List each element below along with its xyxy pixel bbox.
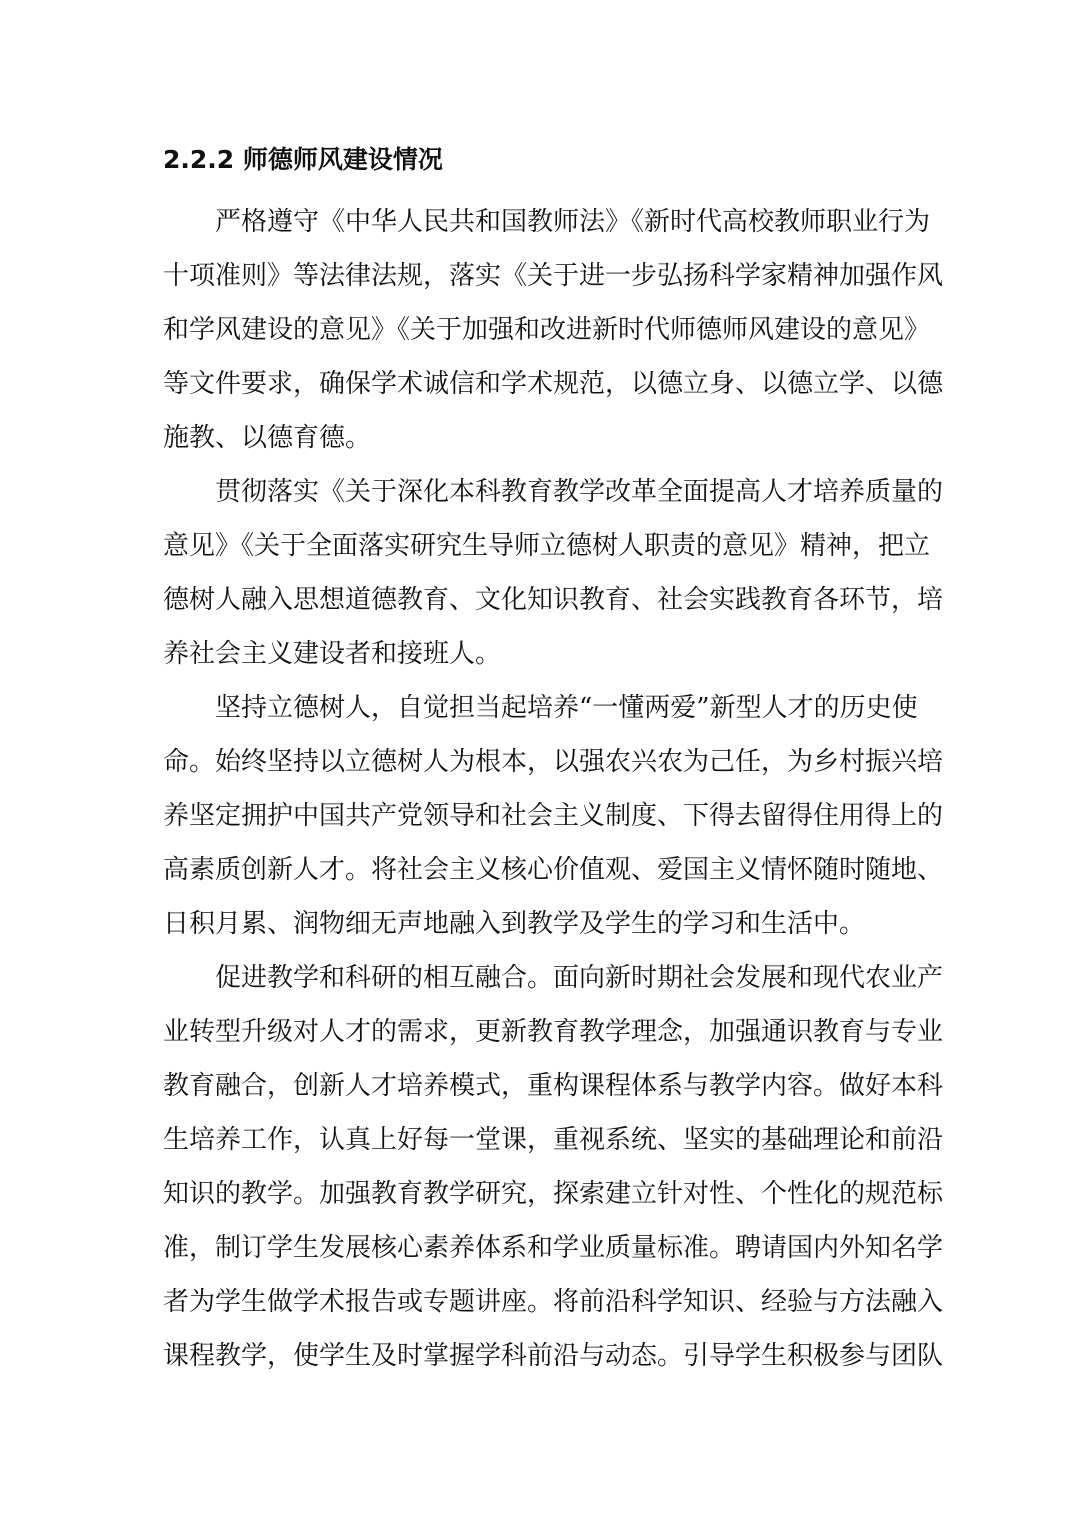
paragraph-2-line-2: 意见》《关于全面落实研究生导师立德树人职责的意见》精神，把立 [163, 529, 913, 563]
paragraph-3-line-5: 日积月累、润物细无声地融入到教学及学生的学习和生活中。 [163, 907, 913, 941]
paragraph-2-line-3: 德树人融入思想道德教育、文化知识教育、社会实践教育各环节，培 [163, 583, 913, 617]
paragraph-4-line-3: 教育融合，创新人才培养模式，重构课程体系与教学内容。做好本科 [163, 1069, 913, 1103]
paragraph-3-line-1: 坚持立德树人，自觉担当起培养“一懂两爱”新型人才的历史使 [215, 691, 913, 725]
paragraph-1-line-4: 等文件要求，确保学术诚信和学术规范，以德立身、以德立学、以德 [163, 367, 913, 401]
paragraph-2-line-4: 养社会主义建设者和接班人。 [163, 637, 913, 671]
paragraph-1-line-2: 十项准则》等法律法规，落实《关于进一步弘扬科学家精神加强作风 [163, 259, 913, 293]
paragraph-3-line-4: 高素质创新人才。将社会主义核心价值观、爱国主义情怀随时随地、 [163, 853, 913, 887]
paragraph-3-line-3: 养坚定拥护中国共产党领导和社会主义制度、下得去留得住用得上的 [163, 799, 913, 833]
paragraph-2-line-1: 贯彻落实《关于深化本科教育教学改革全面提高人才培养质量的 [215, 475, 913, 509]
paragraph-4-line-2: 业转型升级对人才的需求，更新教育教学理念，加强通识教育与专业 [163, 1015, 913, 1049]
paragraph-4-line-1: 促进教学和科研的相互融合。面向新时期社会发展和现代农业产 [215, 961, 913, 995]
paragraph-4-line-7: 者为学生做学术报告或专题讲座。将前沿科学知识、经验与方法融入 [163, 1285, 913, 1319]
paragraph-4-line-4: 生培养工作，认真上好每一堂课，重视系统、坚实的基础理论和前沿 [163, 1123, 913, 1157]
paragraph-3-line-2: 命。始终坚持以立德树人为根本，以强农兴农为己任，为乡村振兴培 [163, 745, 913, 779]
section-heading: 2.2.2 师德师风建设情况 [163, 143, 443, 177]
paragraph-1-line-1: 严格遵守《中华人民共和国教师法》《新时代高校教师职业行为 [215, 205, 913, 239]
paragraph-1-line-3: 和学风建设的意见》《关于加强和改进新时代师德师风建设的意见》 [163, 313, 913, 347]
document-page: 2.2.2 师德师风建设情况 严格遵守《中华人民共和国教师法》《新时代高校教师职… [0, 0, 1074, 1520]
paragraph-4-line-8: 课程教学，使学生及时掌握学科前沿与动态。引导学生积极参与团队 [163, 1339, 913, 1373]
paragraph-4-line-6: 准，制订学生发展核心素养体系和学业质量标准。聘请国内外知名学 [163, 1231, 913, 1265]
paragraph-4-line-5: 知识的教学。加强教育教学研究，探索建立针对性、个性化的规范标 [163, 1177, 913, 1211]
paragraph-1-line-5: 施教、以德育德。 [163, 421, 913, 455]
